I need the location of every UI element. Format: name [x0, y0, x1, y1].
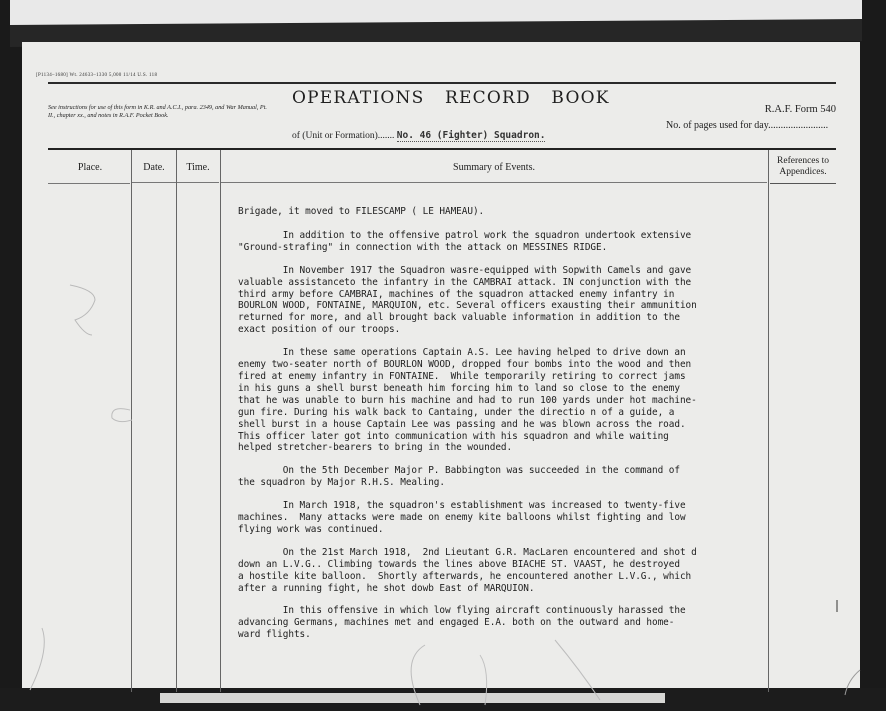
top-rule [48, 82, 836, 84]
summary-paragraph: On the 21st March 1918, 2nd Lieutant G.R… [238, 547, 778, 595]
summary-of-events: Brigade, it moved to FILESCAMP ( LE HAME… [238, 206, 778, 652]
unit-label: of (Unit or Formation) [292, 131, 378, 141]
form-number: R.A.F. Form 540 [765, 104, 836, 115]
summary-paragraph: In these same operations Captain A.S. Le… [238, 347, 778, 454]
print-code: [P1134–1680] Wt. 24633–1330 5,000 11/14 … [36, 73, 157, 78]
pages-used-label: No. of pages used for day [666, 120, 768, 131]
column-header-date: Date. [132, 150, 176, 184]
pages-used-field: No. of pages used for day...............… [666, 120, 828, 131]
unit-field: of (Unit or Formation)....... No. 46 (Fi… [292, 130, 545, 141]
summary-paragraph: In this offensive in which low flying ai… [238, 605, 778, 641]
time-cell [177, 186, 219, 686]
column-header-time: Time. [176, 150, 220, 184]
table-header: Place. Date. Time. Summary of Events. Re… [48, 150, 836, 184]
unit-dots: ....... [378, 131, 395, 141]
header-underline-date [132, 182, 176, 183]
summary-paragraph: In November 1917 the Squadron wasre-equi… [238, 265, 778, 336]
unit-value: No. 46 (Fighter) Squadron. [397, 130, 546, 142]
column-header-place: Place. [48, 150, 132, 184]
header-underline-summary [221, 182, 767, 183]
place-cell [48, 186, 130, 686]
references-cell [770, 186, 836, 686]
scan-next-page-fragment [160, 693, 665, 703]
header-underline-time [177, 182, 219, 183]
summary-paragraph: Brigade, it moved to FILESCAMP ( LE HAME… [238, 206, 778, 218]
header-underline-references [770, 183, 836, 184]
header-underline-place [48, 183, 130, 184]
date-cell [132, 186, 176, 686]
pages-used-dots: ........................ [768, 120, 828, 131]
summary-paragraph: In addition to the offensive patrol work… [238, 230, 778, 254]
column-header-summary: Summary of Events. [220, 150, 768, 184]
column-divider-time-summary [220, 150, 221, 692]
form-instructions: See instructions for use of this form in… [48, 104, 268, 119]
page-title: OPERATIONS RECORD BOOK [292, 88, 610, 108]
summary-paragraph: In March 1918, the squadron's establishm… [238, 500, 778, 536]
column-header-references: References to Appendices. [770, 150, 836, 184]
summary-paragraph: On the 5th December Major P. Babbington … [238, 465, 778, 489]
